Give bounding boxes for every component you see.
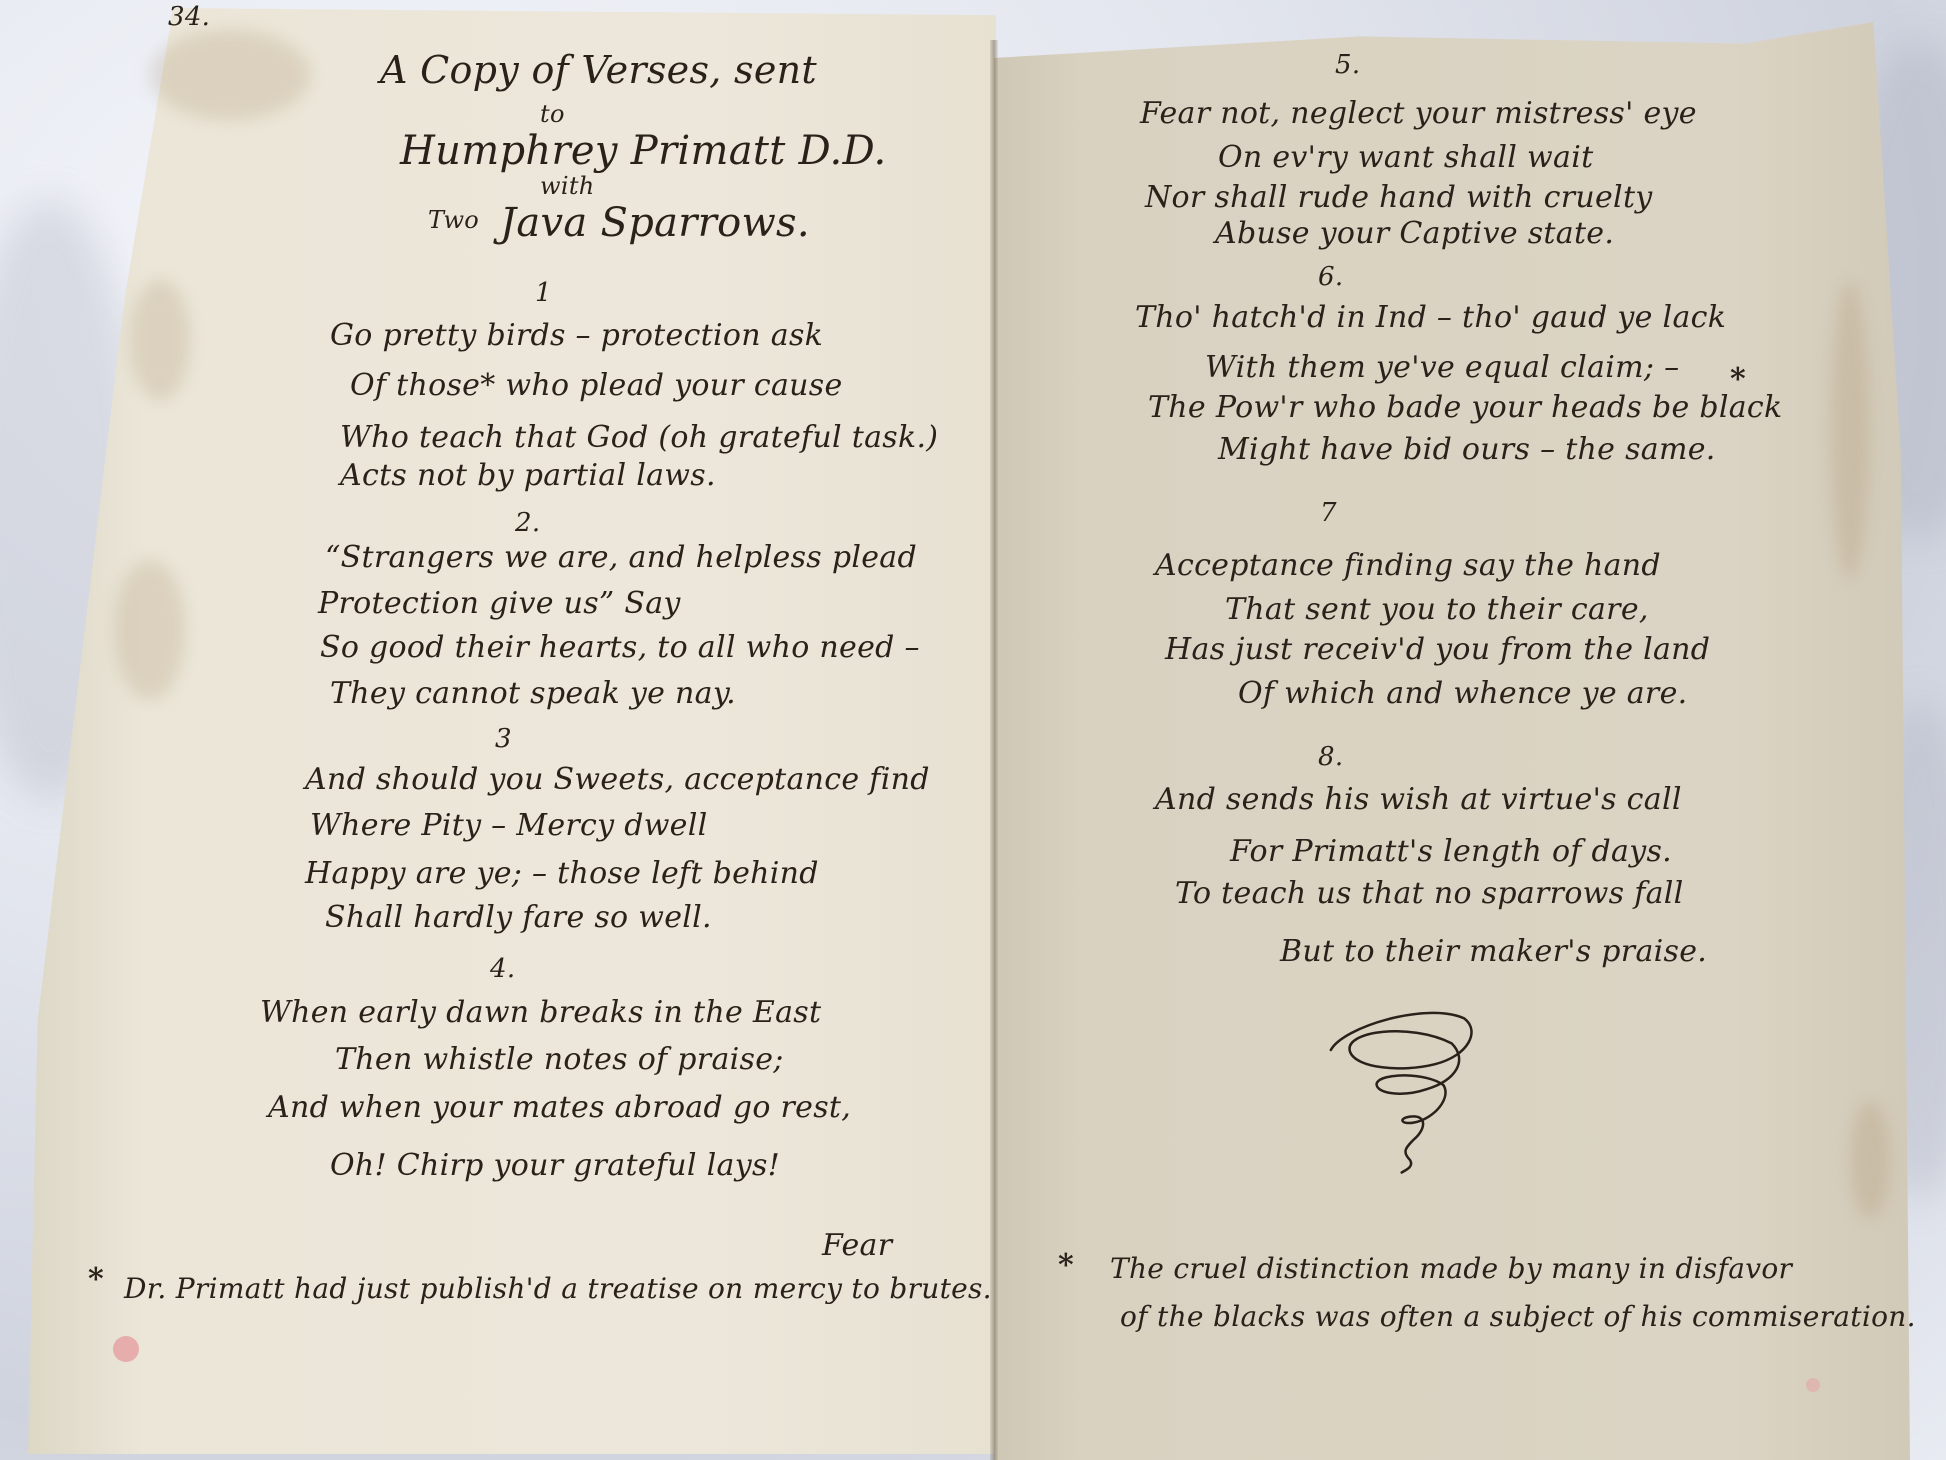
verse-line: Might have bid ours – the same. [1218, 432, 1716, 467]
title-line-1: A Copy of Verses, sent [380, 48, 817, 92]
pink-ink-mark [1806, 1378, 1820, 1392]
title-line-3: Humphrey Primatt D.D. [400, 128, 887, 174]
title-line-5-prefix: Two [428, 206, 479, 234]
footnote-marker: * [1058, 1248, 1074, 1283]
stanza-number: 3 [495, 724, 512, 754]
verse-line: With them ye've equal claim; – [1205, 350, 1679, 385]
footnote-line-1: The cruel distinction made by many in di… [1110, 1252, 1792, 1285]
stanza-number: 8. [1318, 742, 1343, 772]
footnote-text: Dr. Primatt had just publish'd a treatis… [124, 1272, 992, 1305]
footnote-marker: * [88, 1262, 104, 1297]
water-stain [130, 280, 190, 400]
verse-line: Fear not, neglect your mistress' eye [1140, 96, 1697, 131]
verse-line: And when your mates abroad go rest, [268, 1090, 851, 1125]
verse-line: Happy are ye; – those left behind [305, 856, 819, 891]
title-line-2: to [540, 100, 565, 128]
verse-line: For Primatt's length of days. [1230, 834, 1672, 869]
verse-line: Nor shall rude hand with cruelty [1145, 180, 1653, 215]
verse-line: Abuse your Captive state. [1215, 216, 1614, 251]
stanza-number: 2. [515, 508, 540, 538]
pink-ink-mark [113, 1336, 139, 1362]
footnote-line-2: of the blacks was often a subject of his… [1120, 1300, 1916, 1333]
water-stain [1850, 1100, 1890, 1220]
verse-line: “Strangers we are, and helpless plead [325, 540, 917, 575]
stanza-number: 1 [535, 278, 552, 308]
spiral-flourish-ornament [1310, 975, 1510, 1195]
verse-line: The Pow'r who bade your heads be black [1148, 390, 1783, 425]
verse-line: So good their hearts, to all who need – [320, 630, 920, 665]
stanza-number: 5. [1335, 50, 1360, 80]
verse-line: Go pretty birds – protection ask [330, 318, 823, 353]
verse-line: And should you Sweets, acceptance find [305, 762, 930, 797]
water-stain [150, 30, 310, 120]
verse-line: Of those* who plead your cause [350, 368, 843, 403]
verse-line: Where Pity – Mercy dwell [310, 808, 708, 843]
verse-line: To teach us that no sparrows fall [1175, 876, 1684, 911]
verse-line: Has just receiv'd you from the land [1165, 632, 1710, 667]
water-stain [1830, 280, 1870, 580]
verse-line: Oh! Chirp your grateful lays! [330, 1148, 780, 1183]
verse-line: And sends his wish at virtue's call [1155, 782, 1682, 817]
verse-line: Acceptance finding say the hand [1155, 548, 1661, 583]
verse-line: Tho' hatch'd in Ind – tho' gaud ye lack [1135, 300, 1726, 335]
title-line-4: with [540, 172, 595, 200]
catchword: Fear [822, 1228, 892, 1263]
book-spine [990, 40, 998, 1460]
stanza-number: 7 [1320, 498, 1337, 528]
verse-line: Who teach that God (oh grateful task.) [340, 420, 938, 455]
verse-line: When early dawn breaks in the East [260, 995, 821, 1030]
verse-line: But to their maker's praise. [1280, 934, 1707, 969]
title-line-5: Java Sparrows. [500, 200, 810, 246]
verse-line: Then whistle notes of praise; [335, 1042, 784, 1077]
stanza-number: 4. [490, 954, 515, 984]
verse-line: On ev'ry want shall wait [1218, 140, 1593, 175]
verse-line: Protection give us” Say [318, 586, 681, 621]
water-stain [115, 560, 185, 700]
verse-line: Acts not by partial laws. [340, 458, 716, 493]
page-number: 34. [168, 2, 210, 32]
verse-line: Of which and whence ye are. [1238, 676, 1687, 711]
verse-line: They cannot speak ye nay. [330, 676, 736, 711]
verse-line: Shall hardly fare so well. [325, 900, 712, 935]
stanza-number: 6. [1318, 262, 1343, 292]
verse-line: That sent you to their care, [1225, 592, 1649, 627]
